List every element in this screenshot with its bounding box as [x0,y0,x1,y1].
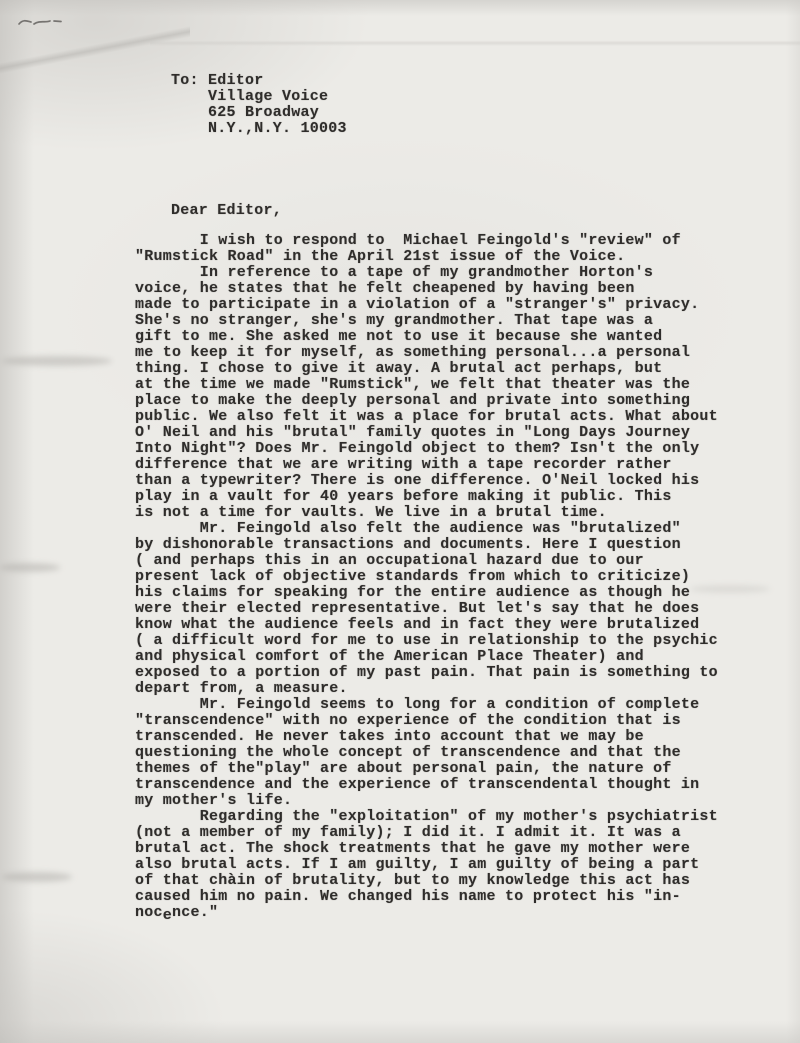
letter-line: voice, he states that he felt cheapened … [135,281,718,297]
letter-line: public. We also felt it was a place for … [135,409,718,425]
letter-line: transcendence and the experience of tran… [135,777,718,793]
letter-line: "transcendence" with no experience of th… [135,713,718,729]
letter-line: caused him no pain. We changed his name … [135,889,718,905]
letter-line: of that chàin of brutality, but to my kn… [135,873,718,889]
letter-line: Regarding the "exploitation" of my mothe… [135,809,718,825]
letter-line: at the time we made "Rumstick", we felt … [135,377,718,393]
letter-line: Mr. Feingold seems to long for a conditi… [135,697,718,713]
letter-line: play in a vault for 40 years before maki… [135,489,718,505]
letter-body: I wish to respond to Michael Feingold's … [135,233,718,921]
letter-line: Mr. Feingold also felt the audience was … [135,521,718,537]
letter-line: know what the audience feels and in fact… [135,617,718,633]
address-line: 625 Broadway [171,105,347,121]
closing-word-dropped-letter: e [163,907,172,924]
letter-line: his claims for speaking for the entire a… [135,585,718,601]
letter-line: exposed to a portion of my past pain. Th… [135,665,718,681]
address-line: N.Y.,N.Y. 10003 [171,121,347,137]
letter-line: also brutal acts. If I am guilty, I am g… [135,857,718,873]
top-fold-crease [150,30,800,56]
recipient-address: To: Editor Village Voice 625 Broadway N.… [171,73,347,137]
letter-line: gift to me. She asked me not to use it b… [135,329,718,345]
letter-line: depart from, a measure. [135,681,718,697]
closing-word-part: noc [135,904,163,921]
letter-line: In reference to a tape of my grandmother… [135,265,718,281]
letter-line: my mother's life. [135,793,718,809]
letter-page: To: Editor Village Voice 625 Broadway N.… [0,0,800,1043]
letter-line: brutal act. The shock treatments that he… [135,841,718,857]
letter-line: O' Neil and his "brutal" family quotes i… [135,425,718,441]
paper-smudge [2,872,72,882]
letter-line: ( and perhaps this in an occupational ha… [135,553,718,569]
letter-line: "Rumstick Road" in the April 21st issue … [135,249,718,265]
letter-line: were their elected representative. But l… [135,601,718,617]
letter-line: transcended. He never takes into account… [135,729,718,745]
letter-line: (not a member of my family); I did it. I… [135,825,718,841]
salutation: Dear Editor, [171,203,282,219]
letter-line: She's no stranger, she's my grandmother.… [135,313,718,329]
closing-word-part: nce." [172,904,218,921]
letter-line: than a typewriter? There is one differen… [135,473,718,489]
paper-smudge [0,563,60,572]
pencil-mark-icon [16,12,68,34]
address-line: To: Editor [171,73,347,89]
paper-smudge [2,356,112,366]
letter-line: made to participate in a violation of a … [135,297,718,313]
address-line: Village Voice [171,89,347,105]
letter-line: themes of the"play" are about personal p… [135,761,718,777]
letter-line: thing. I chose to give it away. A brutal… [135,361,718,377]
letter-line: by dishonorable transactions and documen… [135,537,718,553]
letter-line: present lack of objective standards from… [135,569,718,585]
letter-line: me to keep it for myself, as something p… [135,345,718,361]
letter-line: place to make the deeply personal and pr… [135,393,718,409]
letter-line: Into Night"? Does Mr. Feingold object to… [135,441,718,457]
letter-line: questioning the whole concept of transce… [135,745,718,761]
letter-line: difference that we are writing with a ta… [135,457,718,473]
letter-line: and physical comfort of the American Pla… [135,649,718,665]
letter-line-final: nocence." [135,905,718,921]
letter-line: is not a time for vaults. We live in a b… [135,505,718,521]
letter-line: I wish to respond to Michael Feingold's … [135,233,718,249]
letter-line: ( a difficult word for me to use in rela… [135,633,718,649]
